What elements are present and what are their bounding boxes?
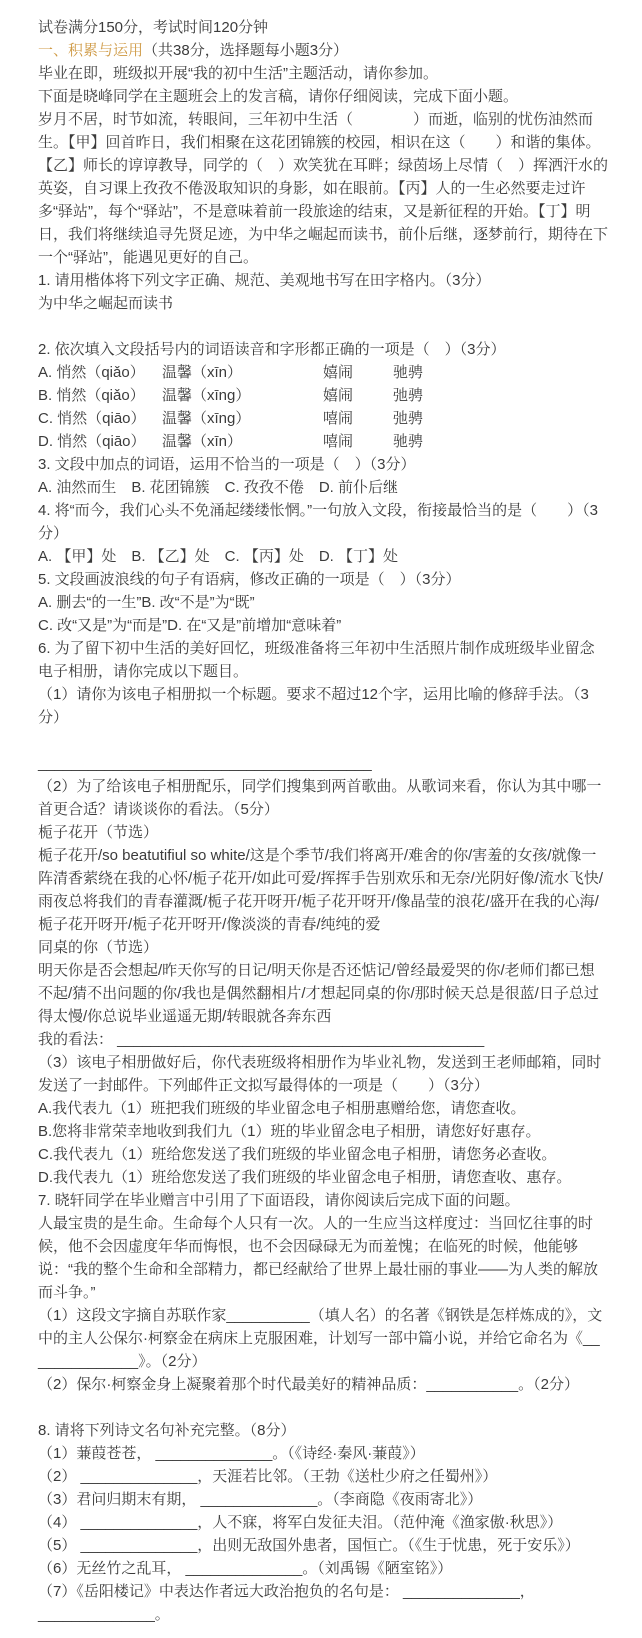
q8-item-4: （4） ______________，人不寐，将军白发征夫泪。（范仲淹《渔家傲·… bbox=[38, 1511, 608, 1534]
answer-blank-line: ________________________________________ bbox=[38, 752, 608, 775]
option-column: B. 悄然（qiǎo） bbox=[38, 384, 162, 407]
q6-3-option-a: A.我代表九（1）班把我们班级的毕业留念电子相册惠赠给您，请您查收。 bbox=[38, 1097, 608, 1120]
exam-page: 试卷满分150分，考试时间120分钟一、积累与运用（共38分，选择题每小题3分）… bbox=[0, 0, 642, 1626]
q8-item-6: （6）无丝竹之乱耳， ______________。（刘禹锡《陋室铭》） bbox=[38, 1557, 608, 1580]
my-opinion-line: 我的看法： __________________________________… bbox=[38, 1028, 608, 1051]
q2-option-b: B. 悄然（qiǎo）温馨（xīng）嬉闹弛骋 bbox=[38, 384, 608, 407]
q7-passage: 人最宝贵的是生命。生命每个人只有一次。人的一生应当这样度过：当回忆往事的时候，他… bbox=[38, 1212, 608, 1304]
q4-options: A. 【甲】处 B. 【乙】处 C. 【丙】处 D. 【丁】处 bbox=[38, 545, 608, 568]
option-column: D. 悄然（qiāo） bbox=[38, 430, 162, 453]
q3-options: A. 油然而生 B. 花团锦簇 C. 孜孜不倦 D. 前仆后继 bbox=[38, 476, 608, 499]
song-2-title: 同桌的你（节选） bbox=[38, 936, 608, 959]
q8-item-3: （3）君问归期末有期， ______________。（李商隐《夜雨寄北》） bbox=[38, 1488, 608, 1511]
option-column: C. 悄然（qiāo） bbox=[38, 407, 162, 430]
question-8: 8. 请将下列诗文名句补充完整。（8分） bbox=[38, 1419, 608, 1442]
q8-item-7: （7）《岳阳楼记》中表达作者远大政治抱负的名句是： ______________… bbox=[38, 1580, 608, 1603]
question-7: 7. 晓轩同学在毕业赠言中引用了下面语段，请你阅读后完成下面的问题。 bbox=[38, 1189, 608, 1212]
section-heading-accent: 一、积累与运用 bbox=[38, 42, 143, 59]
q2-option-d: D. 悄然（qiāo）温馨（xīn）嘻闹驰骋 bbox=[38, 430, 608, 453]
option-column: 弛骋 bbox=[393, 384, 608, 407]
option-column: 嬉闹 bbox=[323, 361, 393, 384]
document-body: 试卷满分150分，考试时间120分钟一、积累与运用（共38分，选择题每小题3分）… bbox=[0, 0, 642, 1626]
q2-option-a: A. 悄然（qiǎo）温馨（xīn）嬉闹驰骋 bbox=[38, 361, 608, 384]
q6-part-3: （3）该电子相册做好后，你代表班级将相册作为毕业礼物，发送到王老师邮箱，同时发送… bbox=[38, 1051, 608, 1097]
question-1: 1. 请用楷体将下列文字正确、规范、美观地书写在田字格内。（3分） bbox=[38, 269, 608, 292]
q2-option-c: C. 悄然（qiāo）温馨（xīng）嘻闹弛骋 bbox=[38, 407, 608, 430]
song-2-lyrics: 明天你是否会想起/昨天你写的日记/明天你是否还惦记/曾经最爱哭的你/老师们都已想… bbox=[38, 959, 608, 1028]
q6-3-option-b: B.您将非常荣幸地收到我们九（1）班的毕业留念电子相册，请您好好惠存。 bbox=[38, 1120, 608, 1143]
song-1-title: 栀子花开（节选） bbox=[38, 821, 608, 844]
option-column: 温馨（xīn） bbox=[162, 361, 323, 384]
q5-options-cd: C. 改“又是”为“而是”D. 在“又是”前增加“意味着” bbox=[38, 614, 608, 637]
section-heading-rest: （共38分，选择题每小题3分） bbox=[143, 42, 348, 59]
q6-3-option-d: D.我代表九（1）班给您发送了我们班级的毕业留念电子相册，请您查收、惠存。 bbox=[38, 1166, 608, 1189]
q5-options-ab: A. 删去“的一生”B. 改“不是”为“既” bbox=[38, 591, 608, 614]
q8-item-5: （5） ______________，出则无敌国外患者，国恒亡。（《生于忧患，死… bbox=[38, 1534, 608, 1557]
option-column: 嘻闹 bbox=[323, 407, 393, 430]
q7-part-2: （2）保尔·柯察金身上凝聚着那个时代最美好的精神品质：___________。（… bbox=[38, 1373, 608, 1396]
exam-info: 试卷满分150分，考试时间120分钟 bbox=[38, 16, 608, 39]
intro-line-2: 下面是晓峰同学在主题班会上的发言稿，请你仔细阅读，完成下面小题。 bbox=[38, 85, 608, 108]
q6-part-2: （2）为了给该电子相册配乐，同学们搜集到两首歌曲。从歌词来看，你认为其中哪一首更… bbox=[38, 775, 608, 821]
question-5: 5. 文段画波浪线的句子有语病，修改正确的一项是（ ）（3分） bbox=[38, 568, 608, 591]
q6-3-option-c: C.我代表九（1）班给您发送了我们班级的毕业留念电子相册，请您务必查收。 bbox=[38, 1143, 608, 1166]
option-column: 温馨（xīng） bbox=[162, 384, 323, 407]
option-column: 弛骋 bbox=[393, 407, 608, 430]
q7-part-1: （1）这段文字摘自苏联作家__________（填人名）的名著《钢铁是怎样炼成的… bbox=[38, 1304, 608, 1373]
option-column: A. 悄然（qiǎo） bbox=[38, 361, 162, 384]
option-column: 驰骋 bbox=[393, 361, 608, 384]
song-1-lyrics: 栀子花开/so beatutifiul so white/这是个季节/我们将离开… bbox=[38, 844, 608, 936]
q8-item-1: （1）蒹葭苍苍， ______________。（《诗经·秦风·蒹葭》） bbox=[38, 1442, 608, 1465]
section-heading: 一、积累与运用（共38分，选择题每小题3分） bbox=[38, 39, 608, 62]
spacer bbox=[38, 1396, 608, 1419]
question-4: 4. 将“而今，我们心头不免涌起缕缕怅惘。”一句放入文段，衔接最恰当的是（ ）（… bbox=[38, 499, 608, 545]
option-column: 温馨（xīng） bbox=[162, 407, 323, 430]
q8-item-7-cont: ______________。 bbox=[38, 1603, 608, 1626]
option-column: 驰骋 bbox=[393, 430, 608, 453]
option-column: 嬉闹 bbox=[323, 384, 393, 407]
option-column: 温馨（xīn） bbox=[162, 430, 323, 453]
question-3: 3. 文段中加点的词语，运用不恰当的一项是（ ）（3分） bbox=[38, 453, 608, 476]
spacer bbox=[38, 729, 608, 752]
question-2: 2. 依次填入文段括号内的词语读音和字形都正确的一项是（ ）（3分） bbox=[38, 338, 608, 361]
option-column: 嘻闹 bbox=[323, 430, 393, 453]
spacer bbox=[38, 315, 608, 338]
reading-passage: 岁月不居，时节如流，转眼间，三年初中生活（ ）而逝，临别的忧伤油然而生。【甲】回… bbox=[38, 108, 608, 269]
q1-content: 为中华之崛起而读书 bbox=[38, 292, 608, 315]
intro-line-1: 毕业在即，班级拟开展“我的初中生活”主题活动，请你参加。 bbox=[38, 62, 608, 85]
question-6: 6. 为了留下初中生活的美好回忆，班级准备将三年初中生活照片制作成班级毕业留念电… bbox=[38, 637, 608, 683]
q6-part-1: （1）请你为该电子相册拟一个标题。要求不超过12个字，运用比喻的修辞手法。（3分… bbox=[38, 683, 608, 729]
q8-item-2: （2） ______________，天涯若比邻。（王勃《送杜少府之任蜀州》） bbox=[38, 1465, 608, 1488]
